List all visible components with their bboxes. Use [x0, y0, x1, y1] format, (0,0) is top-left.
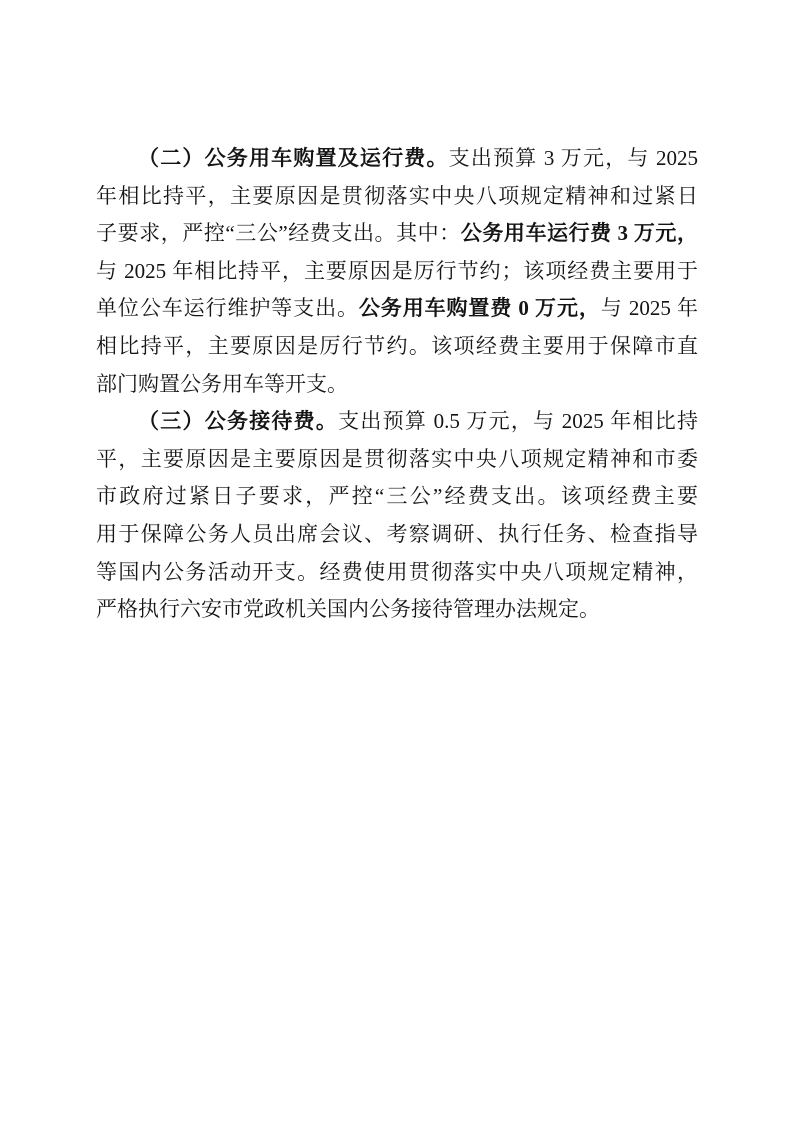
text-line: 严格执行六安市党政机关国内公务接待管理办法规定。	[96, 591, 698, 629]
text-segment: 相比持平，主要原因是厉行节约。该项经费主要用于保障市直	[96, 334, 698, 358]
text-line: 市政府过紧日子要求，严控“三公”经费支出。该项经费主要	[96, 478, 698, 516]
paragraph-vehicle-purchase-and-operation-fee: （二）公务用车购置及运行费。支出预算 3 万元，与 2025年相比持平，主要原因…	[96, 140, 698, 403]
text-segment: 与 2025 年	[601, 296, 698, 320]
text-line: （二）公务用车购置及运行费。支出预算 3 万元，与 2025	[96, 140, 698, 178]
text-segment: 用于保障公务人员出席会议、考察调研、执行任务、检查指导	[96, 522, 698, 546]
text-segment: 部门购置公务用车等开支。	[96, 372, 348, 396]
text-segment: 与 2025 年相比持平，主要原因是厉行节约；该项经费主要用于	[96, 259, 698, 283]
text-segment: 严格执行六安市党政机关国内公务接待管理办法规定。	[96, 597, 600, 621]
text-line: 子要求，严控“三公”经费支出。其中：公务用车运行费 3 万元，	[96, 215, 698, 253]
bold-text-segment: 公务用车购置费 0 万元，	[359, 296, 601, 320]
text-segment: 市政府过紧日子要求，严控“三公”经费支出。该项经费主要	[96, 484, 698, 508]
text-line: 与 2025 年相比持平，主要原因是厉行节约；该项经费主要用于	[96, 253, 698, 291]
text-line: 单位公车运行维护等支出。公务用车购置费 0 万元，与 2025 年	[96, 290, 698, 328]
bold-text-segment: （二）公务用车购置及运行费。	[138, 146, 449, 170]
document-text-block: （二）公务用车购置及运行费。支出预算 3 万元，与 2025年相比持平，主要原因…	[96, 140, 698, 629]
text-line: 用于保障公务人员出席会议、考察调研、执行任务、检查指导	[96, 516, 698, 554]
text-segment: 单位公车运行维护等支出。	[96, 296, 359, 320]
text-segment: 等国内公务活动开支。经费使用贯彻落实中央八项规定精神，	[96, 560, 698, 584]
text-line: 等国内公务活动开支。经费使用贯彻落实中央八项规定精神，	[96, 554, 698, 592]
text-segment: 平，主要原因是主要原因是贯彻落实中央八项规定精神和市委	[96, 447, 698, 471]
text-line: （三）公务接待费。支出预算 0.5 万元，与 2025 年相比持	[96, 403, 698, 441]
text-segment: 年相比持平，主要原因是贯彻落实中央八项规定精神和过紧日	[96, 184, 698, 208]
bold-text-segment: 公务用车运行费 3 万元，	[461, 221, 698, 245]
text-line: 相比持平，主要原因是厉行节约。该项经费主要用于保障市直	[96, 328, 698, 366]
text-line: 平，主要原因是主要原因是贯彻落实中央八项规定精神和市委	[96, 441, 698, 479]
document-page: （二）公务用车购置及运行费。支出预算 3 万元，与 2025年相比持平，主要原因…	[0, 0, 793, 1122]
text-segment: 支出预算 3 万元，与 2025	[449, 146, 698, 170]
text-segment: 支出预算 0.5 万元，与 2025 年相比持	[338, 409, 698, 433]
text-line: 部门购置公务用车等开支。	[96, 366, 698, 404]
bold-text-segment: （三）公务接待费。	[138, 409, 338, 433]
text-segment: 子要求，严控“三公”经费支出。其中：	[96, 221, 461, 245]
text-line: 年相比持平，主要原因是贯彻落实中央八项规定精神和过紧日	[96, 178, 698, 216]
paragraph-official-reception-fee: （三）公务接待费。支出预算 0.5 万元，与 2025 年相比持平，主要原因是主…	[96, 403, 698, 629]
